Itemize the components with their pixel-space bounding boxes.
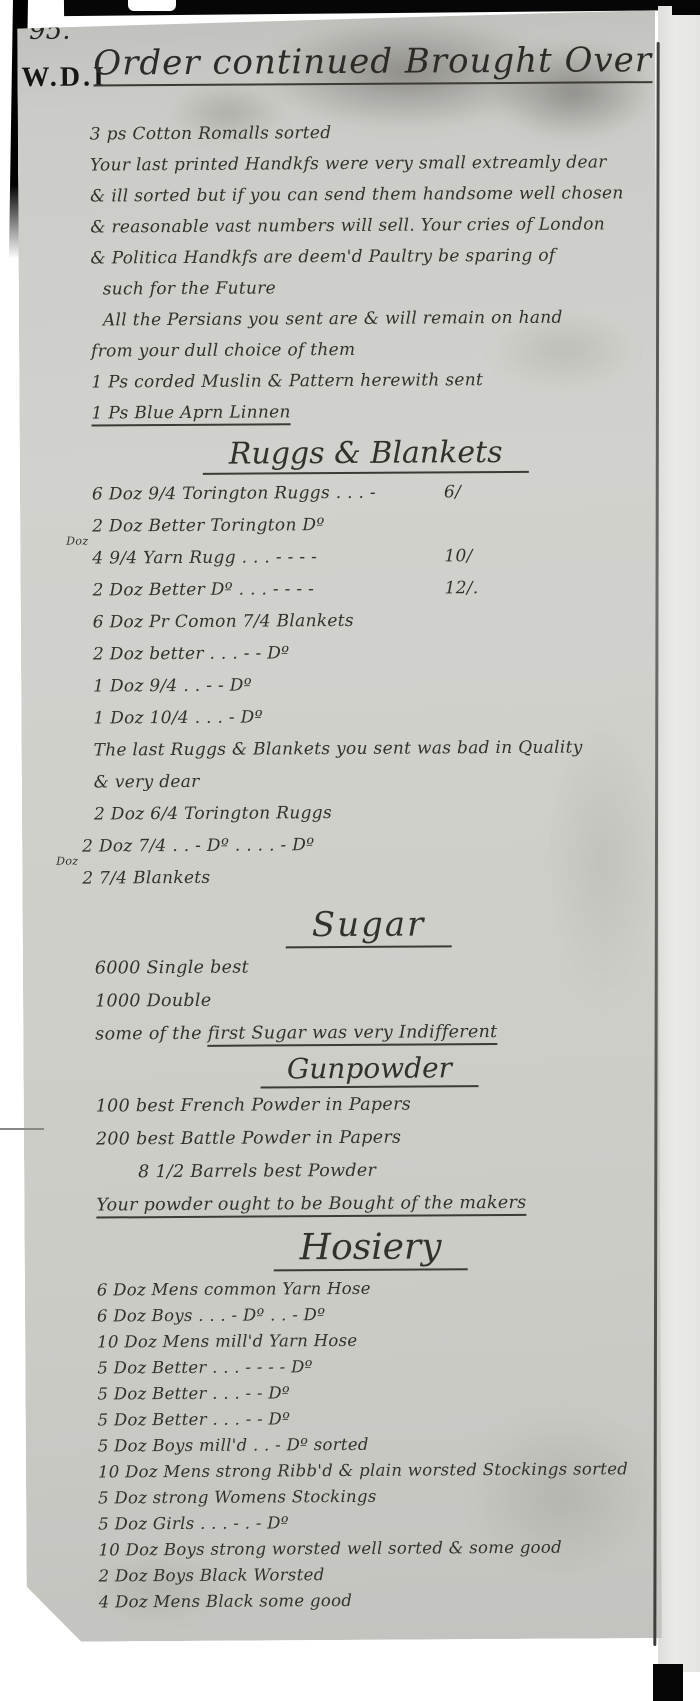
manuscript-line: 6 Doz 9/4 Torington Ruggs . . . -6/ [92,475,640,510]
manuscript-line: 1000 Double [95,982,643,1018]
underlined-text: first Sugar was very Indifferent [208,1022,498,1047]
manuscript-line: 1 Ps corded Muslin & Pattern herewith se… [91,364,639,398]
manuscript-line: All the Persians you sent are & will rem… [103,302,639,336]
manuscript-line: 2 Doz Boys Black Worsted [99,1560,647,1589]
section-hosiery: Hosiery 6 Doz Mens common Yarn Hose 6 Do… [96,1225,646,1615]
manuscript-line: Your powder ought to be Bought of the ma… [96,1186,644,1222]
manuscript-line: 1 Doz 10/4 . . . - Dº [93,699,641,734]
manuscript-line: 1 Ps Blue Aprn Linnen [91,395,639,429]
manuscript-line: 5 Doz Girls . . . - . - Dº [98,1508,646,1537]
manuscript-line: 2 Doz better . . . - - Dº [93,635,641,670]
manuscript-line: 5 Doz Better . . . - - Dº [97,1378,645,1407]
manuscript-line: 8 1/2 Barrels best Powder [138,1153,644,1189]
section-heading: Gunpowder [125,1050,613,1086]
underlined-text: 1 Ps Blue Aprn Linnen [91,402,290,426]
manuscript-line: & Politica Handkfs are deem'd Paultry be… [90,240,638,274]
section-ruggs-blankets: Ruggs & Blankets 6 Doz 9/4 Torington Rug… [92,434,643,894]
manuscript-line: & ill sorted but if you can send them ha… [90,178,638,212]
section-gunpowder: Gunpowder 100 best French Powder in Pape… [95,1050,644,1222]
manuscript-line: 10 Doz Mens strong Ribb'd & plain worste… [98,1456,646,1485]
adjacent-page-edge [658,6,700,1672]
margin-note: Doz [66,526,88,558]
manuscript-line: 2 Doz 6/4 Torington Ruggs [94,795,642,830]
binding-tab-bottom [653,1664,683,1701]
paper-top-notch [128,0,176,11]
manuscript-line: 10 Doz Mens mill'd Yarn Hose [97,1326,645,1355]
manuscript-line: 1 Doz 9/4 . . - - Dº [93,667,641,702]
manuscript-line: 4 Doz Mens Black some good [99,1586,647,1615]
manuscript-line: 2 Doz Better Dº . . . - - - -12/. [92,571,640,606]
manuscript-line: 2 Doz Better Torington DºDoz [92,507,640,542]
manuscript-line: The last Ruggs & Blankets you sent was b… [93,731,641,766]
section-heading: Hosiery [126,1225,614,1269]
manuscript-line: & very dear [94,763,642,798]
manuscript-line: Your last printed Handkfs were very smal… [90,147,638,181]
margin-rule-line [0,1128,44,1130]
margin-note: Doz [56,846,78,878]
manuscript-line: 100 best French Powder in Papers [96,1087,644,1123]
price-value: 12/. [444,572,478,604]
section-sugar: Sugar 6000 Single best 1000 Double some … [94,903,643,1051]
manuscript-line: 2 Doz 7/4 . . - Dº . . . . - DºDoz [82,827,642,862]
manuscript-line: 6 Doz Boys . . . - Dº . . - Dº [97,1300,645,1329]
manuscript-line: & reasonable vast numbers will sell. You… [90,209,638,243]
manuscript-line: 4 9/4 Yarn Rugg . . . - - - -10/ [92,539,640,574]
price-value: 6/ [444,476,461,508]
manuscript-line: some of the first Sugar was very Indiffe… [95,1015,643,1051]
manuscript-line: 2 7/4 Blankets [82,859,642,894]
manuscript-line: 6 Doz Pr Comon 7/4 Blankets [93,603,641,638]
manuscript-line: 5 Doz strong Womens Stockings [98,1482,646,1511]
manuscript-line: 6 Doz Mens common Yarn Hose [97,1274,645,1303]
underlined-text: Your powder ought to be Bought of the ma… [96,1193,526,1219]
manuscript-line: 3 ps Cotton Romalls sorted [90,116,638,150]
manuscript-line: 5 Doz Better . . . - - Dº [98,1404,646,1433]
manuscript-line: from your dull choice of them [91,333,639,367]
manuscript-line: 10 Doz Boys strong worsted well sorted &… [98,1534,646,1563]
manuscript-body: 3 ps Cotton Romalls sorted Your last pri… [17,10,665,1616]
manuscript-line: 200 best Battle Powder in Papers [96,1120,644,1156]
manuscript-line: 5 Doz Better . . . - - - - Dº [97,1352,645,1381]
manuscript-line: 5 Doz Boys mill'd . . - Dº sorted [98,1430,646,1459]
manuscript-line: such for the Future [103,271,639,305]
scan-bottom-shadow [0,1634,700,1701]
binding-tab-top [672,0,700,15]
section-heading: Ruggs & Blankets [122,434,610,472]
manuscript-page: 95. W.D.I Order continued Brought Over 3… [17,10,665,1642]
manuscript-line: 6000 Single best [95,949,643,985]
price-value: 10/ [444,540,472,572]
section-heading: Sugar [124,903,612,946]
